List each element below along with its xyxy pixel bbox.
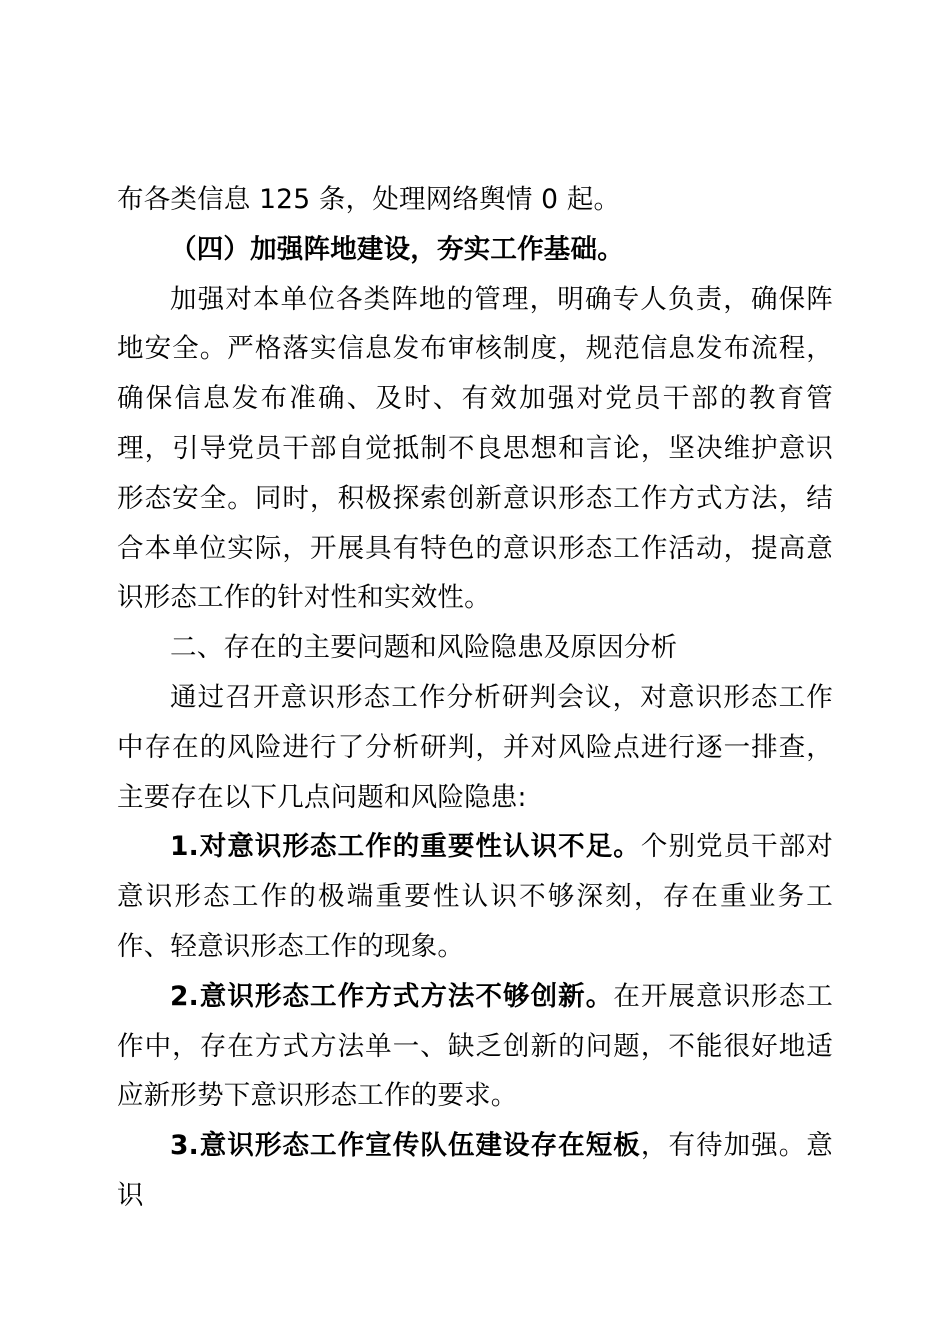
body-paragraph: 加强对本单位各类阵地的管理，明确专人负责，确保阵地安全。严格落实信息发布审核制度… <box>117 275 833 624</box>
text-run: 布各类信息 125 条，处理网络舆情 0 起。 <box>117 184 620 215</box>
bold-text-run: 1.对意识形态工作的重要性认识不足。 <box>170 831 641 862</box>
body-paragraph-continuation: 布各类信息 125 条，处理网络舆情 0 起。 <box>117 175 833 225</box>
section-heading-four: （四）加强阵地建设，夯实工作基础。 <box>117 225 833 275</box>
document-page: 布各类信息 125 条，处理网络舆情 0 起。（四）加强阵地建设，夯实工作基础。… <box>0 0 950 1344</box>
section-heading-two: 二、存在的主要问题和风险隐患及原因分析 <box>117 623 833 673</box>
numbered-item-2: 2.意识形态工作方式方法不够创新。在开展意识形态工作中，存在方式方法单一、缺乏创… <box>117 972 833 1121</box>
bold-text-run: （四）加强阵地建设，夯实工作基础。 <box>170 234 624 265</box>
bold-text-run: 3.意识形态工作宣传队伍建设存在短板 <box>170 1130 641 1161</box>
document-content: 布各类信息 125 条，处理网络舆情 0 起。（四）加强阵地建设，夯实工作基础。… <box>117 175 833 1221</box>
text-run: 加强对本单位各类阵地的管理，明确专人负责，确保阵地安全。严格落实信息发布审核制度… <box>117 284 833 614</box>
text-run: 通过召开意识形态工作分析研判会议，对意识形态工作中存在的风险进行了分析研判，并对… <box>117 682 833 813</box>
bold-text-run: 2.意识形态工作方式方法不够创新。 <box>170 981 613 1012</box>
body-paragraph: 通过召开意识形态工作分析研判会议，对意识形态工作中存在的风险进行了分析研判，并对… <box>117 673 833 822</box>
numbered-item-1: 1.对意识形态工作的重要性认识不足。个别党员干部对意识形态工作的极端重要性认识不… <box>117 822 833 971</box>
numbered-item-3: 3.意识形态工作宣传队伍建设存在短板，有待加强。意识 <box>117 1121 833 1221</box>
text-run: 二、存在的主要问题和风险隐患及原因分析 <box>170 632 677 663</box>
